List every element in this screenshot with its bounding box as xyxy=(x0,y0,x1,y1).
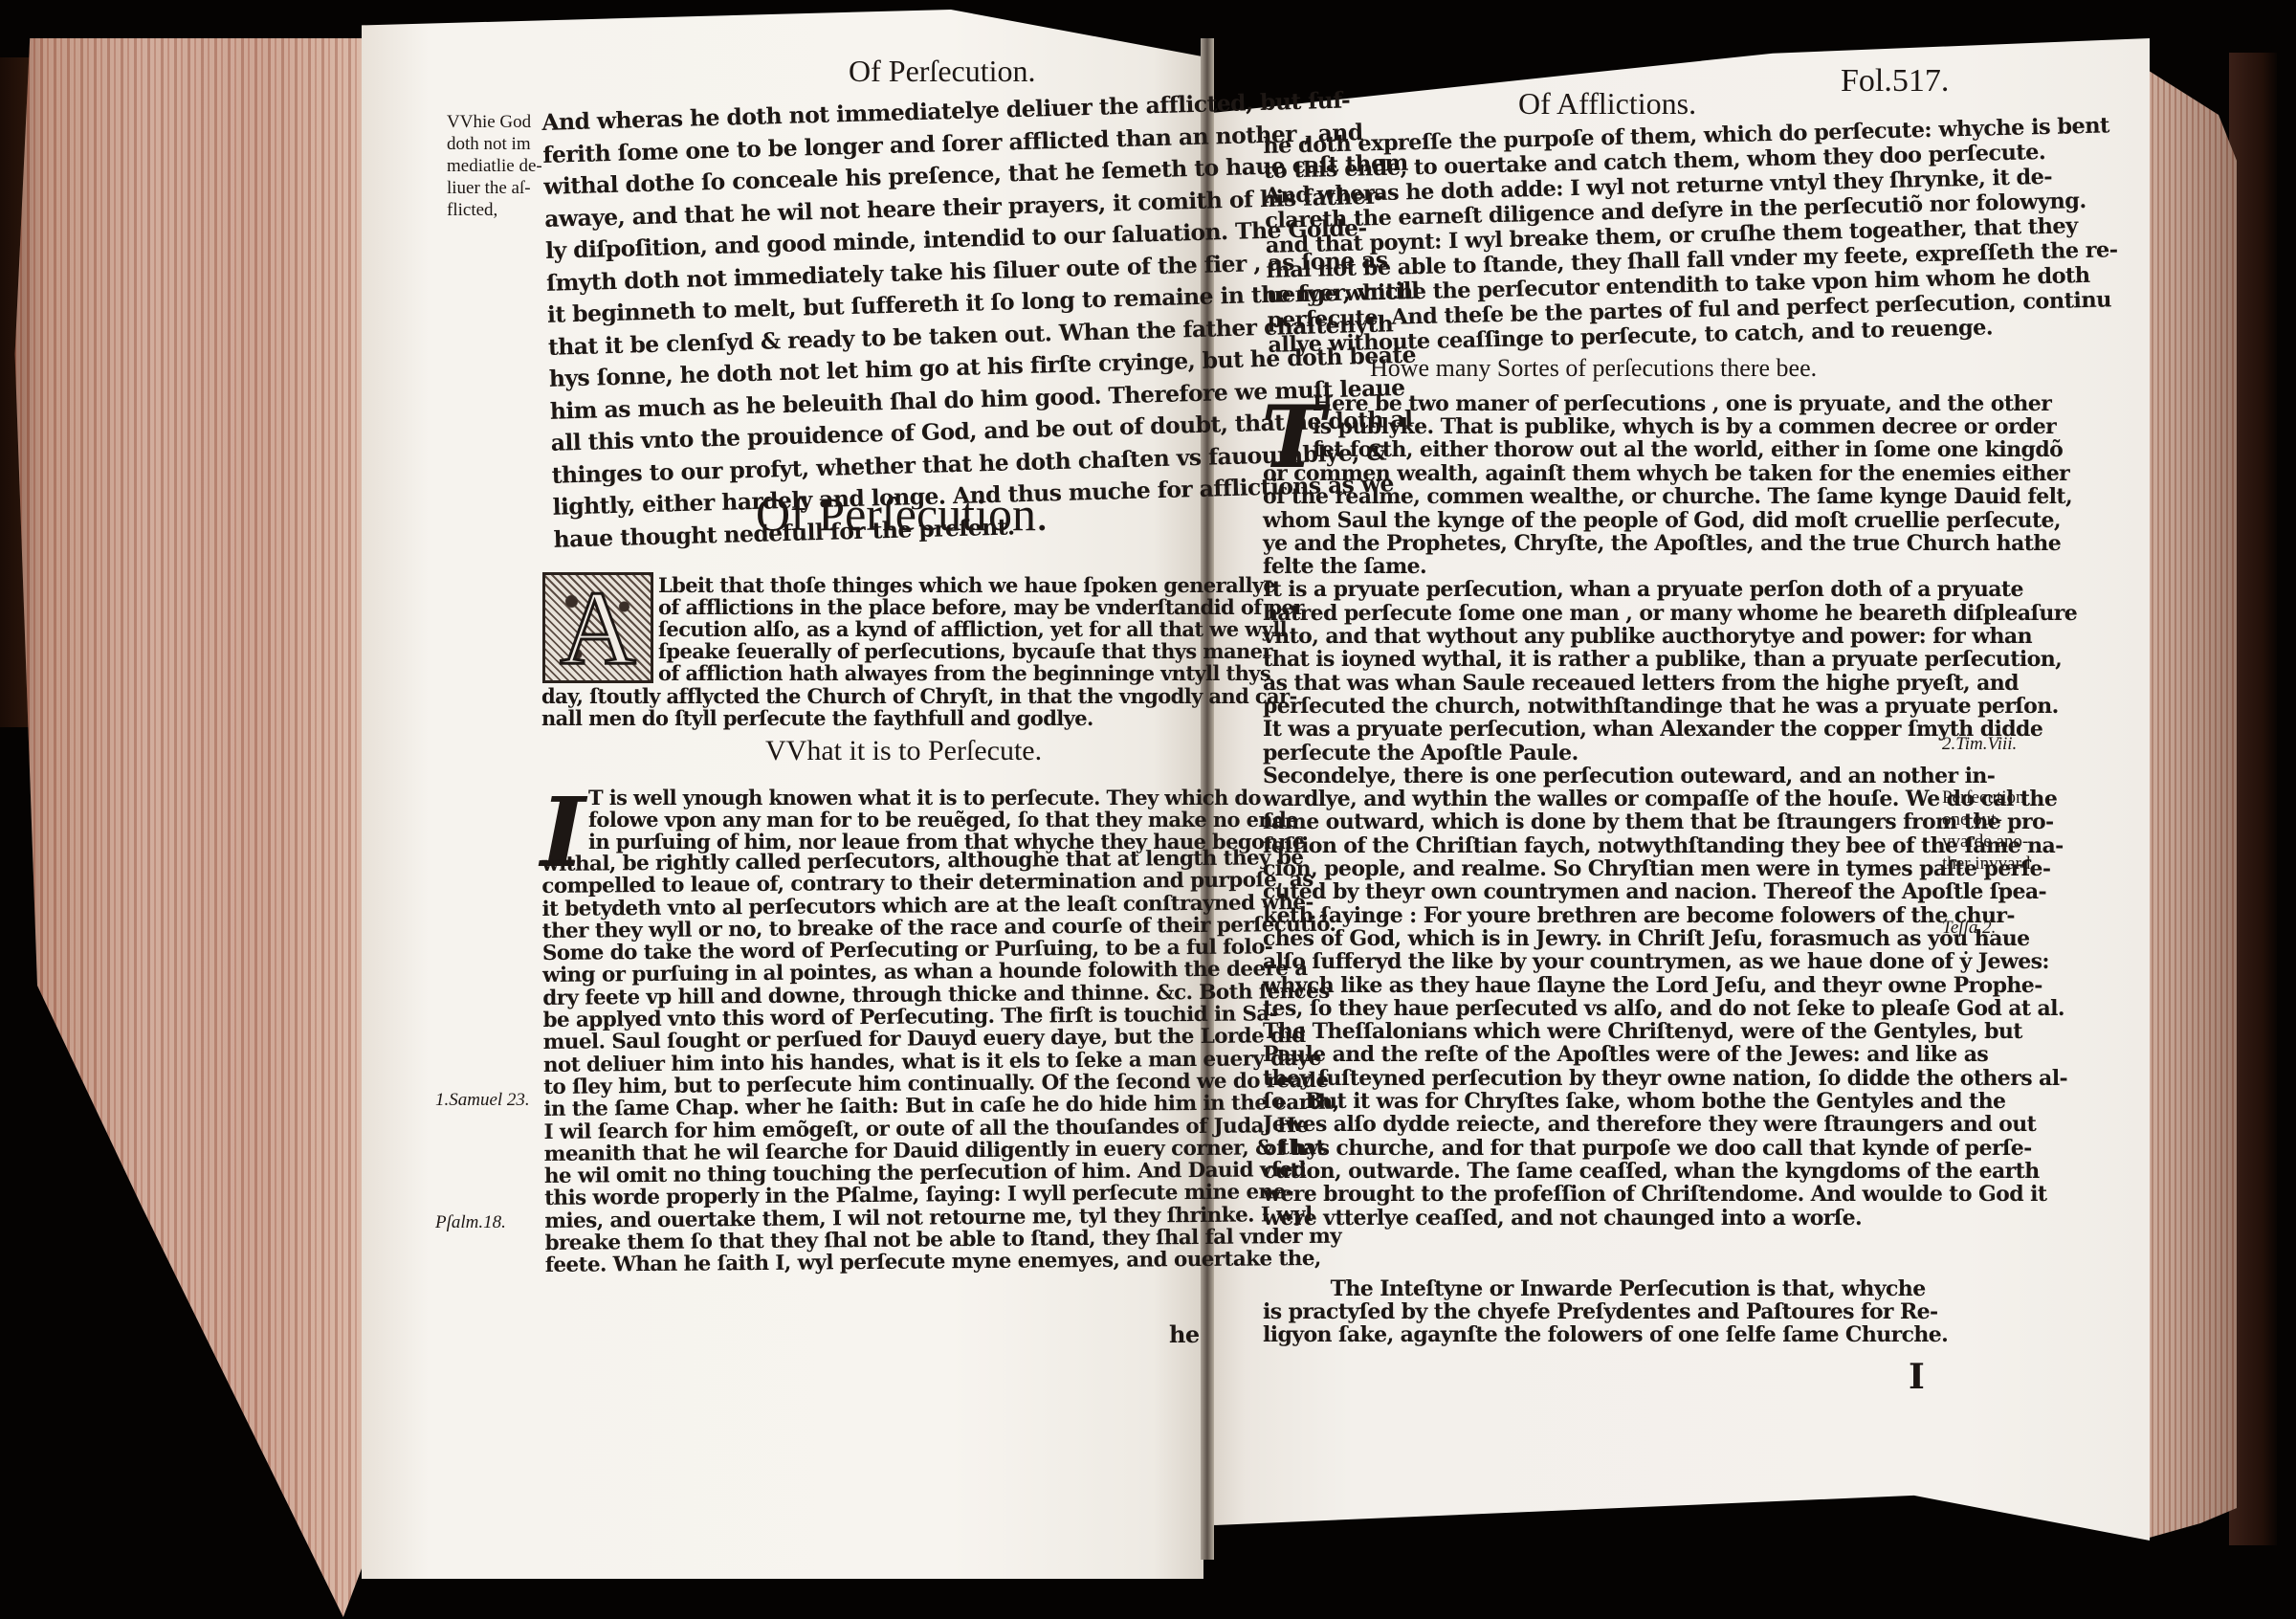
left-paragraph-definition-indented: T is well ynough knowen what it is to pe… xyxy=(588,787,1304,853)
folio-number: Fol.517. xyxy=(1841,63,1949,100)
left-paragraph-intro-indented: Lbeit that thoſe thinges which we haue ſ… xyxy=(658,574,1304,684)
book-photo: Of Perſecution. VVhie God doth not im me… xyxy=(0,0,2296,1619)
chapter-title: Of Perſecution. xyxy=(756,486,1048,542)
signature-mark: I xyxy=(1909,1357,1924,1397)
subheading-what-it-is: VVhat it is to Perſecute. xyxy=(765,735,1042,767)
left-side-note-1: VVhie God doth not im mediatlie de- liue… xyxy=(447,111,542,221)
left-fore-edge xyxy=(0,38,373,1617)
right-paragraph-definition-end: he doth expreſſe the purpoſe of them, wh… xyxy=(1263,113,2120,358)
left-side-note-samuel: 1.Samuel 23. xyxy=(435,1089,530,1111)
right-side-note-timothy: 2.Tim.Viii. xyxy=(1942,733,2017,755)
left-paragraph-definition-full: withal, be rightly called perſecutors, a… xyxy=(541,847,1341,1277)
decorated-initial-a: A xyxy=(542,572,653,683)
subheading-sorts-of-persecutions: Howe many Sortes of perſecutions there b… xyxy=(1370,354,1817,383)
right-paragraph-inward-persecution: The Inteſtyne or Inwarde Perſecution is … xyxy=(1263,1277,1948,1346)
right-fore-edge xyxy=(2146,38,2237,1569)
left-paragraph-intro-full: day, ſtoutly afflycted the Church of Chr… xyxy=(541,685,1297,729)
right-side-note-outward-inward: Perſecution one out- vvarde ano- ther in… xyxy=(1942,787,2030,875)
right-side-note-thessalonians: Teſſa.2. xyxy=(1942,917,1996,939)
left-side-note-psalm: Pſalm.18. xyxy=(435,1211,506,1233)
left-catchword: he xyxy=(1169,1320,1200,1348)
left-running-head: Of Perſecution. xyxy=(849,54,1036,89)
right-paragraph-sorts-indented: Here be two maner of perſecutions , one … xyxy=(1313,392,2063,461)
right-running-head: Of Afflictions. xyxy=(1518,86,1696,122)
